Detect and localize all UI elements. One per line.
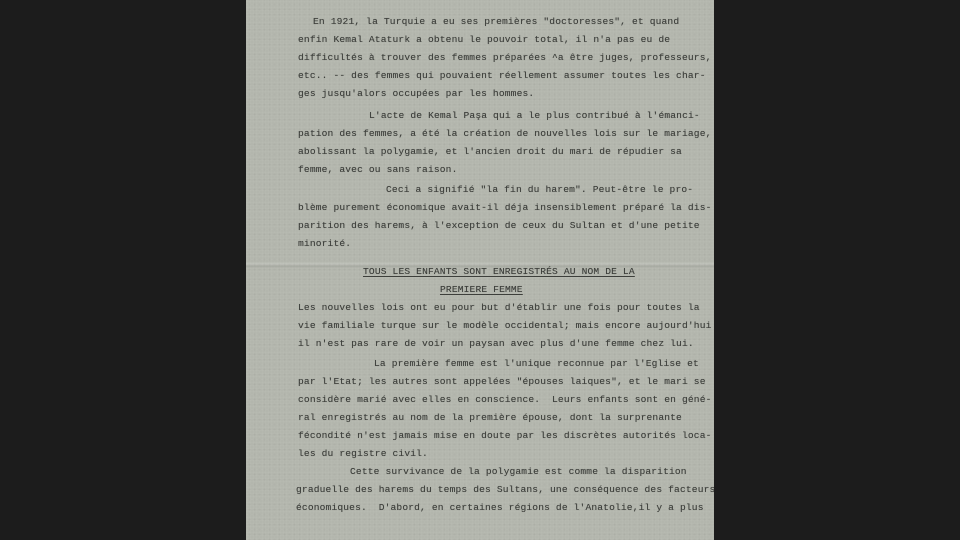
text-line: La première femme est l'unique reconnue … <box>374 358 699 370</box>
text-line: abolissant la polygamie, et l'ancien dro… <box>298 146 682 158</box>
text-line: ges jusqu'alors occupées par les hommes. <box>298 88 534 100</box>
section-heading-line-2: PREMIERE FEMME <box>440 284 523 296</box>
text-line: parition des harems, à l'exception de ce… <box>298 220 700 232</box>
text-line: etc.. -- des femmes qui pouvaient réelle… <box>298 70 706 82</box>
text-line: il n'est pas rare de voir un paysan avec… <box>298 338 694 350</box>
document-page: En 1921, la Turquie a eu ses premières "… <box>246 0 714 540</box>
text-line: Cette survivance de la polygamie est com… <box>350 466 687 478</box>
text-line: fécondité n'est jamais mise en doute par… <box>298 430 712 442</box>
text-line: considère marié avec elles en conscience… <box>298 394 712 406</box>
text-line: Les nouvelles lois ont eu pour but d'éta… <box>298 302 700 314</box>
text-line: graduelle des harems du temps des Sultan… <box>296 484 714 496</box>
text-line: L'acte de Kemal Paşa qui a le plus contr… <box>369 110 700 122</box>
text-line: Ceci a signifié "la fin du harem". Peut-… <box>386 184 693 196</box>
text-line: En 1921, la Turquie a eu ses premières "… <box>313 16 679 28</box>
text-line: pation des femmes, a été la création de … <box>298 128 712 140</box>
text-line: blème purement économique avait-il déja … <box>298 202 712 214</box>
section-heading-line-1: TOUS LES ENFANTS SONT ENREGISTRÉS AU NOM… <box>363 266 635 278</box>
text-line: ral enregistrés au nom de la première ép… <box>298 412 682 424</box>
text-line: économiques. D'abord, en certaines régio… <box>296 502 704 514</box>
text-line: enfin Kemal Ataturk a obtenu le pouvoir … <box>298 34 670 46</box>
text-line: difficultés à trouver des femmes préparé… <box>298 52 712 64</box>
text-line: les du registre civil. <box>298 448 428 460</box>
text-line: femme, avec ou sans raison. <box>298 164 458 176</box>
text-line: vie familiale turque sur le modèle occid… <box>298 320 712 332</box>
text-line: par l'Etat; les autres sont appelées "ép… <box>298 376 706 388</box>
text-line: minorité. <box>298 238 351 250</box>
